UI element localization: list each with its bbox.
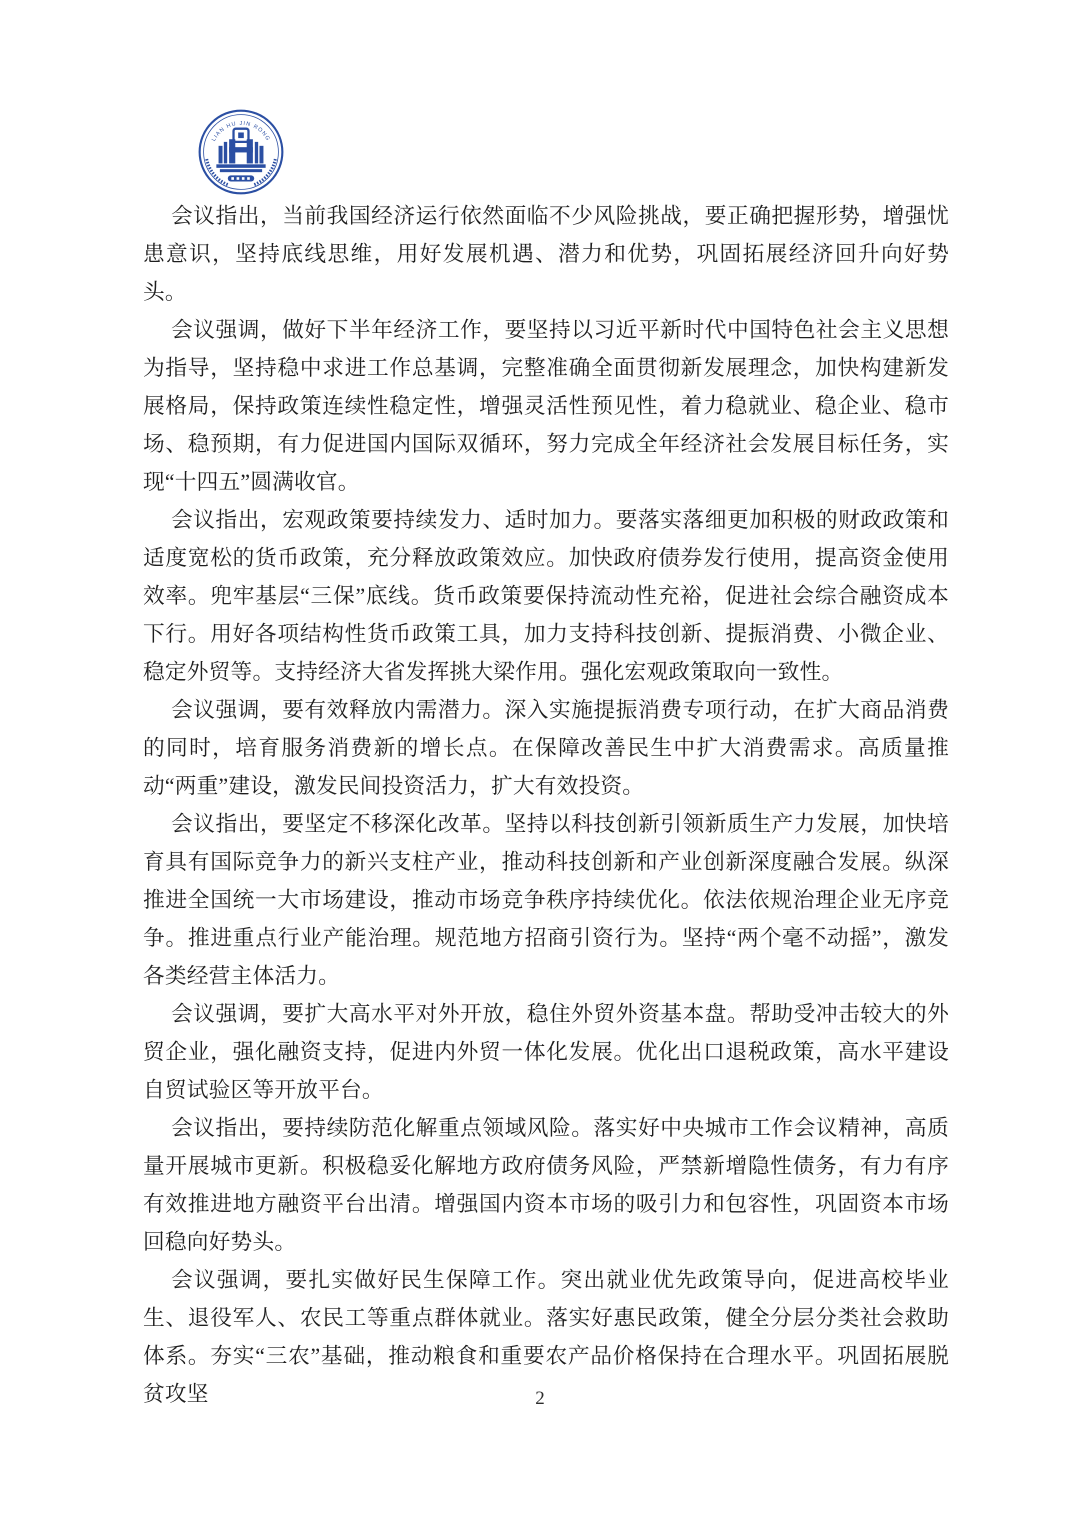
- seal-arc-text: LIAN HU JIN RONG: [211, 121, 271, 143]
- paragraph: 会议强调，要有效释放内需潜力。深入实施提振消费专项行动，在扩大商品消费的同时，培…: [143, 691, 949, 805]
- organization-seal-icon: LIAN HU JIN RONG: [197, 108, 285, 196]
- paragraph: 会议强调，要扩大高水平对外开放，稳住外贸外资基本盘。帮助受冲击较大的外贸企业，强…: [143, 995, 949, 1109]
- paragraph: 会议指出，要坚定不移深化改革。坚持以科技创新引领新质生产力发展，加快培育具有国际…: [143, 805, 949, 995]
- page-number: 2: [0, 1388, 1080, 1410]
- document-body: 会议指出，当前我国经济运行依然面临不少风险挑战，要正确把握形势，增强忧患意识，坚…: [143, 197, 949, 1413]
- paragraph: 会议指出，当前我国经济运行依然面临不少风险挑战，要正确把握形势，增强忧患意识，坚…: [143, 197, 949, 311]
- paragraph: 会议强调，做好下半年经济工作，要坚持以习近平新时代中国特色社会主义思想为指导，坚…: [143, 311, 949, 501]
- paragraph: 会议指出，宏观政策要持续发力、适时加力。要落实落细更加积极的财政政策和适度宽松的…: [143, 501, 949, 691]
- svg-text:LIAN HU JIN RONG: LIAN HU JIN RONG: [211, 121, 271, 143]
- document-page: LIAN HU JIN RONG: [0, 0, 1080, 1527]
- seal-center-emblem: [216, 129, 265, 182]
- paragraph: 会议指出，要持续防范化解重点领域风险。落实好中央城市工作会议精神，高质量开展城市…: [143, 1109, 949, 1261]
